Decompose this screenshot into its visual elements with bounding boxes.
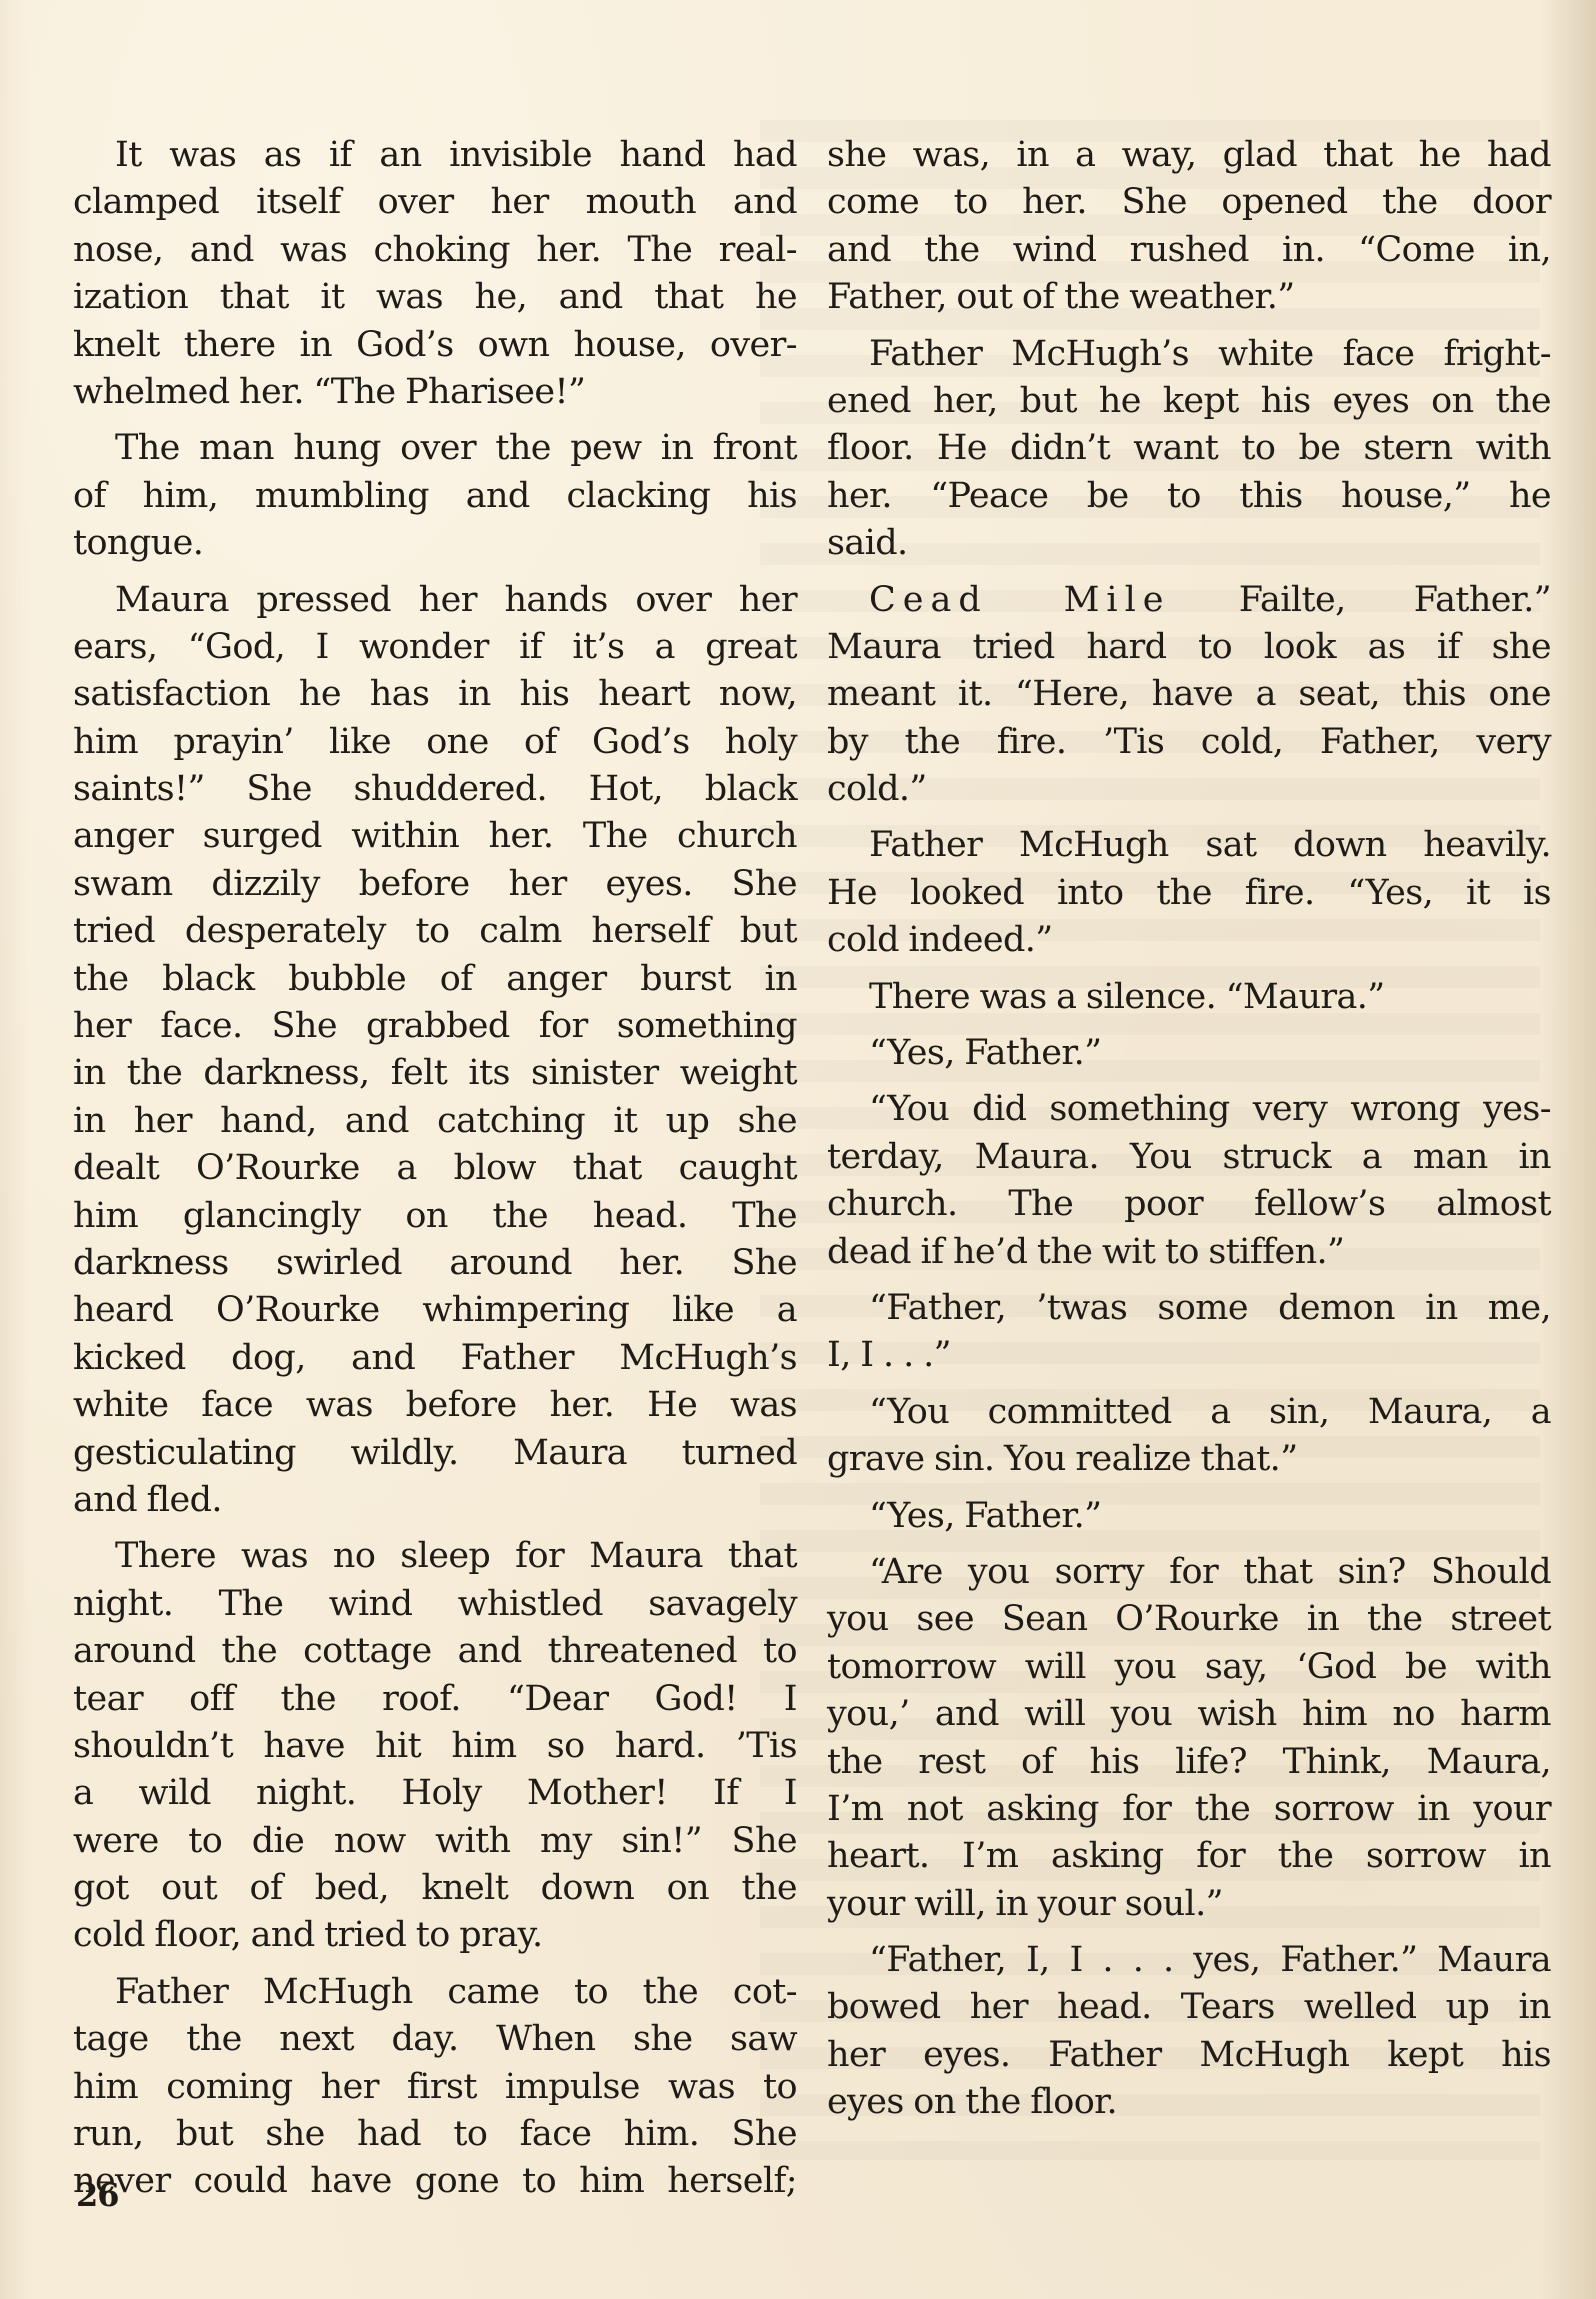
gaelic-greeting: Cead Mile [869, 580, 1171, 620]
text-line: her face. She grabbed for something [73, 1003, 797, 1050]
text-line: I’m not asking for the sorrow in your [827, 1786, 1551, 1833]
book-page: It was as if an invisible hand had clamp… [0, 0, 1596, 2299]
text-line: anger surged within her. The church [73, 813, 797, 860]
paragraph-committed-sin: “You committed a sin, Maura, a grave sin… [827, 1389, 1551, 1484]
text-line: in the darkness, felt its sinister weigh… [73, 1050, 797, 1097]
text-line: swam dizzily before her eyes. She [73, 861, 797, 908]
text-line: cold indeed.” [827, 917, 1551, 964]
text-line: He looked into the fire. “Yes, it is [827, 870, 1551, 917]
text-line: you,’ and will you wish him no harm [827, 1691, 1551, 1738]
paragraph-glad-he-came: she was, in a way, glad that he had come… [827, 132, 1551, 322]
text-line: never could have gone to him herself; [73, 2158, 797, 2205]
text-line: kicked dog, and Father McHugh’s [73, 1335, 797, 1382]
text-line: There was no sleep for Maura that [73, 1533, 797, 1580]
text-line: darkness swirled around her. She [73, 1240, 797, 1287]
text-line: your will, in your soul.” [827, 1881, 1551, 1928]
paragraph-maura-pressed: Maura pressed her hands over her ears, “… [73, 577, 797, 1525]
text-line: eyes on the floor. [827, 2079, 1551, 2126]
paragraph-yes-father-1: “Yes, Father.” [827, 1030, 1551, 1077]
text-line: ened her, but he kept his eyes on the [827, 378, 1551, 425]
text-line: dealt O’Rourke a blow that caught [73, 1145, 797, 1192]
text-line: clamped itself over her mouth and [73, 179, 797, 226]
greeting-rest: Failte, Father.” [1239, 580, 1551, 620]
right-column: she was, in a way, glad that he had come… [827, 132, 1551, 2136]
text-line: tongue. [73, 520, 797, 567]
text-line: cold floor, and tried to pray. [73, 1912, 797, 1959]
text-line: by the fire. ’Tis cold, Father, very [827, 719, 1551, 766]
text-line: in her hand, and catching it up she [73, 1098, 797, 1145]
text-line: her eyes. Father McHugh kept his [827, 2032, 1551, 2079]
text-line: white face was before her. He was [73, 1382, 797, 1429]
text-line: grave sin. You realize that.” [827, 1436, 1551, 1483]
text-line: nose, and was choking her. The real- [73, 227, 797, 274]
paragraph-father-came: Father McHugh came to the cot- tage the … [73, 1969, 797, 2206]
text-line: I, I . . .” [827, 1332, 1551, 1379]
paragraph-are-you-sorry: “Are you sorry for that sin? Should you … [827, 1549, 1551, 1928]
text-line: the rest of his life? Think, Maura, [827, 1739, 1551, 1786]
text-line: tried desperately to calm herself but [73, 908, 797, 955]
text-line: “Yes, Father.” [827, 1493, 1551, 1540]
paragraph-some-demon: “Father, ’twas some demon in me, I, I . … [827, 1285, 1551, 1380]
text-line: Father McHugh’s white face fright- [827, 331, 1551, 378]
text-line: “You did something very wrong yes- [827, 1086, 1551, 1133]
text-line: him glancingly on the head. The [73, 1193, 797, 1240]
text-line: around the cottage and threatened to [73, 1628, 797, 1675]
text-line: night. The wind whistled savagely [73, 1581, 797, 1628]
text-line: she was, in a way, glad that he had [827, 132, 1551, 179]
text-line: church. The poor fellow’s almost [827, 1181, 1551, 1228]
text-line: gesticulating wildly. Maura turned [73, 1430, 797, 1477]
text-line: It was as if an invisible hand had [73, 132, 797, 179]
text-line: “Father, I, I . . . yes, Father.” Maura [827, 1937, 1551, 1984]
text-line: tage the next day. When she saw [73, 2016, 797, 2063]
left-column: It was as if an invisible hand had clamp… [73, 132, 797, 2215]
text-line: shouldn’t have hit him so hard. ’Tis [73, 1723, 797, 1770]
text-line: bowed her head. Tears welled up in [827, 1984, 1551, 2031]
paragraph-bowed-head: “Father, I, I . . . yes, Father.” Maura … [827, 1937, 1551, 2127]
paragraph-man-hung: The man hung over the pew in front of hi… [73, 425, 797, 567]
text-line: and the wind rushed in. “Come in, [827, 227, 1551, 274]
text-line: got out of bed, knelt down on the [73, 1865, 797, 1912]
text-line: Father McHugh sat down heavily. [827, 822, 1551, 869]
text-line: Father, out of the weather.” [827, 274, 1551, 321]
text-line: her. “Peace be to this house,” he [827, 473, 1551, 520]
text-line: Father McHugh came to the cot- [73, 1969, 797, 2016]
paragraph-something-wrong: “You did something very wrong yes- terda… [827, 1086, 1551, 1276]
paragraph-silence: There was a silence. “Maura.” [827, 974, 1551, 1021]
paragraph-no-sleep: There was no sleep for Maura that night.… [73, 1533, 797, 1960]
paragraph-cead-mile-failte: Cead Mile Failte, Father.” Maura tried h… [827, 577, 1551, 814]
paragraph-yes-father-2: “Yes, Father.” [827, 1493, 1551, 1540]
paragraph-invisible-hand: It was as if an invisible hand had clamp… [73, 132, 797, 416]
text-line: terday, Maura. You struck a man in [827, 1134, 1551, 1181]
text-line: the black bubble of anger burst in [73, 956, 797, 1003]
text-line: Cead Mile Failte, Father.” [827, 577, 1551, 624]
text-line: meant it. “Here, have a seat, this one [827, 671, 1551, 718]
text-line: “Father, ’twas some demon in me, [827, 1285, 1551, 1332]
text-line: a wild night. Holy Mother! If I [73, 1770, 797, 1817]
text-line: heard O’Rourke whimpering like a [73, 1287, 797, 1334]
text-line: ears, “God, I wonder if it’s a great [73, 624, 797, 671]
paragraph-sat-down: Father McHugh sat down heavily. He looke… [827, 822, 1551, 964]
text-line: whelmed her. “The Pharisee!” [73, 369, 797, 416]
text-line: and fled. [73, 1477, 797, 1524]
text-line: “Are you sorry for that sin? Should [827, 1549, 1551, 1596]
text-line: satisfaction he has in his heart now, [73, 671, 797, 718]
text-line: him coming her first impulse was to [73, 2064, 797, 2111]
text-line: knelt there in God’s own house, over- [73, 322, 797, 369]
text-line: There was a silence. “Maura.” [827, 974, 1551, 1021]
text-line: you see Sean O’Rourke in the street [827, 1596, 1551, 1643]
text-line: him prayin’ like one of God’s holy [73, 719, 797, 766]
text-line: of him, mumbling and clacking his [73, 473, 797, 520]
text-line: “Yes, Father.” [827, 1030, 1551, 1077]
text-line: run, but she had to face him. She [73, 2111, 797, 2158]
text-line: were to die now with my sin!” She [73, 1818, 797, 1865]
page-number: 26 [76, 2176, 119, 2214]
text-line: Maura pressed her hands over her [73, 577, 797, 624]
text-line: Maura tried hard to look as if she [827, 624, 1551, 671]
text-line: come to her. She opened the door [827, 179, 1551, 226]
text-line: tomorrow will you say, ‘God be with [827, 1644, 1551, 1691]
text-line: “You committed a sin, Maura, a [827, 1389, 1551, 1436]
text-line: ization that it was he, and that he [73, 274, 797, 321]
text-line: floor. He didn’t want to be stern with [827, 425, 1551, 472]
text-line: cold.” [827, 766, 1551, 813]
text-line: said. [827, 520, 1551, 567]
text-line: The man hung over the pew in front [73, 425, 797, 472]
text-line: dead if he’d the wit to stiffen.” [827, 1229, 1551, 1276]
text-line: tear off the roof. “Dear God! I [73, 1676, 797, 1723]
paragraph-white-face: Father McHugh’s white face fright- ened … [827, 331, 1551, 568]
text-line: heart. I’m asking for the sorrow in [827, 1833, 1551, 1880]
text-line: saints!” She shuddered. Hot, black [73, 766, 797, 813]
